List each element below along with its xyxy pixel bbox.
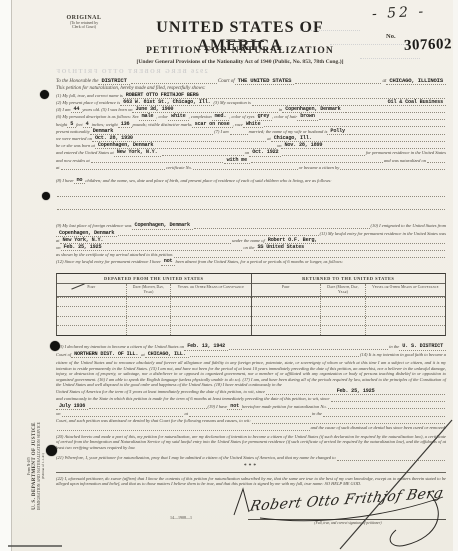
line-children: (8) I have no children; and the name, se…: [56, 176, 446, 183]
prior-on-label: on: [56, 412, 61, 417]
height-label: height: [56, 123, 67, 128]
line-spouse-entry: and entered the United States at New Yor…: [56, 149, 446, 156]
dotted-leader: [345, 112, 445, 113]
children-blank-row: [56, 203, 446, 210]
dotted-leader: [131, 83, 217, 84]
cert-no-label: certificate No.: [166, 166, 192, 171]
table-row: [252, 306, 446, 316]
departed-port-header: Port: [57, 284, 127, 296]
description-label: (6) My personal description is as follow…: [56, 115, 139, 120]
line-full-name: (1) My full, true, and correct name is R…: [56, 91, 446, 98]
line-cured: and the cause of such dismissal or denia…: [56, 424, 446, 431]
foreign-residence-value: Copenhagen, Denmark: [132, 223, 193, 229]
weight-value: 136: [118, 122, 133, 128]
empty-cell: [252, 326, 322, 335]
line-resided-since: United States of America for the term of…: [56, 388, 446, 395]
ink-blot: [40, 90, 49, 99]
emigrated-label: (10) I emigrated to the United States fr…: [371, 224, 446, 229]
dotted-leader: [378, 394, 445, 395]
bleed-artifact: [330, 44, 410, 45]
empty-cell: [366, 326, 445, 335]
ink-blot: [50, 341, 60, 351]
dotted-leader: [326, 148, 445, 149]
good-faith-label: (14) It is my intention in good faith to…: [360, 353, 446, 358]
signature-rule: [248, 519, 446, 520]
empty-cell: [171, 317, 250, 326]
table-row: [57, 297, 251, 307]
petition-intro-line: This petition for naturalization, hereby…: [56, 84, 446, 91]
declaration-city-value: CHICAGO, ILL.: [145, 352, 189, 358]
vessel-value: SS United States: [254, 245, 307, 251]
signature-initial-stroke: [234, 489, 249, 515]
dotted-leader: [194, 228, 370, 229]
dotted-leader: [316, 141, 445, 142]
dotted-blank: [427, 162, 445, 163]
hair-label: , color of hair: [272, 115, 297, 120]
marks-label: pounds; visible distinctive marks: [132, 123, 191, 128]
bleed-artifact: [300, 30, 360, 31]
dotted-leader: [251, 162, 383, 163]
dotted-leader: [57, 196, 445, 197]
petition-title: PETITION FOR NATURALIZATION: [118, 46, 362, 56]
dotted-leader: [331, 401, 445, 402]
dotted-leader: [295, 83, 381, 84]
margin-imprint: Form N-405 U. S. DEPARTMENT OF JUSTICE I…: [27, 408, 45, 524]
scan-bottom-streak: [8, 545, 62, 547]
dotted-blank: [230, 134, 248, 135]
naturalized-on-label: and was naturalized on: [384, 159, 426, 164]
children-count-value: no: [74, 178, 86, 184]
dotted-leader: [321, 243, 445, 244]
cert-at-label: at: [56, 166, 60, 171]
returned-header: RETURNED TO THE UNITED STATES: [252, 274, 446, 284]
resides-label: and now resides at: [56, 159, 90, 164]
lawful-entry-label: (11) My lawful entry for permanent resid…: [320, 232, 446, 237]
weight-label: inches; weight: [92, 123, 118, 128]
line-description-2: height 5 feet 4 inches; weight 136 pound…: [56, 120, 446, 127]
born-label: years old. (5) I was born on: [82, 108, 132, 113]
dotted-leader: [89, 408, 206, 409]
absence-table-titles: DEPARTED FROM THE UNITED STATES Port Dat…: [57, 274, 445, 335]
court-line-label: To the Honorable the: [56, 79, 98, 84]
petition-for-naturalization-document: ORIGINAL (To be retained by Clerk of Cou…: [0, 0, 458, 551]
form-body: To the Honorable the DISTRICT Court of T…: [56, 77, 446, 487]
spouse-born-label: he or she was born at: [56, 144, 95, 149]
empty-cell: [321, 307, 366, 316]
declaration-date-value: Feb. 13, 1942: [184, 344, 228, 350]
ink-blot: [42, 192, 50, 200]
height-feet-value: 5: [67, 122, 76, 128]
sex-value: male: [139, 114, 157, 120]
handwritten-page-number: - 52 -: [372, 4, 427, 23]
dotted-leader: [337, 460, 445, 461]
line-spouse-birth: he or she was born at Copenhagen, Denmar…: [56, 142, 446, 149]
resided-since-value: Feb. 25, 1925: [334, 389, 378, 395]
complexion-value: med.: [212, 114, 230, 120]
spouse-name-label: married; the name of my wife or husband …: [249, 130, 328, 135]
dotted-leader: [62, 416, 184, 417]
returned-columns: Port Date (Month, Day, Year) Vessel or O…: [252, 284, 446, 297]
stars-mark: ***: [56, 463, 446, 469]
departed-vessel-header: Vessel or Other Means of Conveyance: [171, 284, 250, 296]
dotted-leader: [323, 416, 445, 417]
oath-paragraph: (22) I, aforesaid petitioner, do swear (…: [56, 476, 446, 487]
line-spouse-resides: and now resides at with me and was natur…: [56, 156, 446, 163]
departed-half: DEPARTED FROM THE UNITED STATES Port Dat…: [57, 274, 252, 335]
eyes-value: grey: [255, 114, 273, 120]
act-reference-line: [Under General Provisions of the Nationa…: [58, 59, 422, 65]
line-declaration-date: (13) I declared my intention to become a…: [56, 343, 446, 350]
returned-port-header: Port: [252, 284, 322, 296]
line-description-1: (6) My personal description is as follow…: [56, 113, 446, 120]
hair-value: brown: [297, 114, 318, 120]
empty-cell: [366, 317, 445, 326]
foreign-residence-label: (9) My last place of foreign residence w…: [56, 224, 132, 229]
married-on-label: we were married on: [56, 137, 92, 142]
court-of-label2: Court of: [56, 353, 71, 358]
dotted-leader: [282, 155, 364, 156]
arrival-cert-label: as shown by the certificate of my arriva…: [56, 253, 173, 258]
dotted-leader: [349, 134, 445, 135]
petitioner-signature: Robert Otto Frithjof Berg: [249, 485, 445, 515]
table-row: [252, 316, 446, 326]
cured-label: and the cause of such dismissal or denia…: [311, 426, 446, 431]
age-label: (4) I am: [56, 108, 71, 113]
color-label: , color: [156, 115, 168, 120]
children-detail-label: children; and the name, sex, date and pl…: [85, 179, 331, 184]
line-residence-occupation: (2) My present place of residence is 663…: [56, 99, 446, 106]
absence-table: DEPARTED FROM THE UNITED STATES Port Dat…: [56, 273, 446, 336]
original-note-line2: Clerk of Court): [52, 25, 116, 29]
print-code: 14—1908—1: [170, 515, 192, 520]
ink-blot: [46, 445, 57, 456]
prior-petition-value: not: [227, 404, 242, 410]
resides-value: with me: [224, 158, 250, 164]
occupation-label: (3) My occupation is: [214, 101, 251, 106]
spouse-name-value: Polly: [327, 129, 348, 135]
line-absences: (12) Since my lawful entry for permanent…: [56, 258, 446, 265]
table-row: [252, 297, 446, 307]
permanent-residence-label: for permanent residence in the United St…: [366, 151, 446, 156]
line-entry-date-vessel: on Feb. 25, 1925 on the SS United States: [56, 244, 446, 251]
residence-label: (2) My present place of residence is: [56, 101, 120, 106]
in-the-label: in the: [389, 345, 399, 350]
bleed-through-text: 2926 BERG ROBERT OTTO FRITHJOF: [55, 69, 208, 75]
intro-text: This petition for naturalization, hereby…: [56, 86, 205, 91]
dotted-leader: [328, 408, 445, 409]
line-emigrated-from: Copenhagen, Denmark (11) My lawful entry…: [56, 229, 446, 236]
dotted-leader: [174, 257, 445, 258]
resided-since-label: United States of America for the term of…: [56, 390, 265, 395]
name-label: (1) My full, true, and correct name is: [56, 94, 123, 99]
empty-cell: [252, 317, 322, 326]
title-rule: [226, 41, 264, 42]
dotted-leader: [61, 169, 166, 170]
line-dismissed: Court, and such petition was dismissed o…: [56, 417, 446, 424]
line-state-residence: and continuously in the State in which t…: [56, 395, 446, 402]
spouse-birthdate-value: Nov. 28, 1899: [281, 143, 325, 149]
dotted-leader: [308, 250, 445, 251]
color-value: white: [168, 114, 189, 120]
children-blank-row: [56, 190, 446, 197]
marks-value: scar on nose: [192, 122, 233, 128]
absent-label: (12) Since my lawful entry for permanent…: [56, 260, 161, 265]
departed-header: DEPARTED FROM THE UNITED STATES: [57, 274, 251, 284]
empty-cell: [127, 298, 172, 307]
oath-divider: [56, 472, 446, 473]
line-wherefore: (21) Wherefore, I, your petitioner for n…: [56, 453, 446, 460]
eyes-label: , color of eyes: [229, 115, 254, 120]
dotted-leader: [319, 119, 445, 120]
empty-cell: [57, 317, 127, 326]
race-label: , race: [233, 123, 243, 128]
empty-cell: [57, 298, 127, 307]
table-row: [57, 306, 251, 316]
citizen-by-label: or became a citizen by: [299, 166, 340, 171]
dotted-leader: [107, 243, 231, 244]
line-entry-port-name: at New York, N.Y. under the name of Robe…: [56, 236, 446, 243]
declared-intention-label: (13) I declared my intention to become a…: [56, 345, 184, 350]
empty-cell: [127, 326, 172, 335]
nationality-label: present nationality: [56, 130, 90, 135]
number-label: No.: [386, 33, 396, 40]
empty-cell: [321, 326, 366, 335]
line-certificate: at certificate No. or became a citizen b…: [56, 163, 446, 170]
children-label: (8) I have: [56, 179, 74, 184]
entry-date-value: Feb. 25, 1925: [61, 245, 105, 251]
dismissed-label: Court, and such petition was dismissed o…: [56, 419, 251, 424]
line-state-since: July 1936 (19) I have not heretofore mad…: [56, 402, 446, 409]
empty-cell: [321, 298, 366, 307]
attachments-paragraph: (20) Attached hereto and made a part of …: [56, 434, 446, 451]
wherefore-label: (21) Wherefore, I, your petitioner for n…: [56, 456, 336, 461]
dotted-leader: [105, 250, 242, 251]
dotted-leader: [229, 349, 388, 350]
line-marriage: we were married on Oct. 28, 1930 at Chic…: [56, 135, 446, 142]
birth-date-value: June 3d, 1900: [132, 107, 176, 113]
absent-value: not: [161, 259, 176, 265]
prior-at-label: at: [184, 412, 188, 417]
allegiance-paragraph: citizen of the United States and to reno…: [56, 360, 446, 388]
occupation-value: Oil & Coal Business: [385, 100, 446, 106]
returned-vessel-header: Vessel or Other Means of Conveyance: [366, 284, 445, 296]
court-name-value: THE UNITED STATES: [235, 78, 295, 85]
dotted-leader: [162, 155, 244, 156]
line-foreign-residence: (9) My last place of foreign residence w…: [56, 222, 446, 229]
line-declaration-court: Court of NORTHERN DIST. OF ILL. at CHICA…: [56, 350, 446, 357]
departed-columns: Port Date (Month, Day, Year) Vessel or O…: [57, 284, 251, 297]
empty-cell: [57, 326, 127, 335]
empty-cell: [252, 298, 322, 307]
empty-cell: [252, 307, 322, 316]
dotted-leader: [252, 423, 445, 424]
dotted-leader: [57, 209, 445, 210]
declaration-district-value: NORTHERN DIST. OF ILL.: [71, 352, 141, 358]
empty-cell: [321, 317, 366, 326]
line-prior-petition-blanks: on at in the: [56, 409, 446, 416]
dotted-leader: [340, 169, 445, 170]
table-row: [57, 325, 251, 335]
table-row: [57, 316, 251, 326]
prior-petition-label2: heretofore made petition for naturalizat…: [242, 405, 327, 410]
departed-date-header: Date (Month, Day, Year): [127, 284, 172, 296]
dotted-leader: [91, 162, 223, 163]
race-value: White: [243, 122, 264, 128]
original-retain-block: ORIGINAL (To be retained by Clerk of Cou…: [52, 15, 116, 30]
returned-date-header: Date (Month, Day, Year): [321, 284, 366, 296]
state-residence-label: and continuously in the State in which t…: [56, 397, 330, 402]
empty-cell: [57, 307, 127, 316]
dotted-leader: [57, 430, 310, 431]
height-inches-value: 4: [83, 122, 92, 128]
spouse-entry-date-value: Oct. 1922: [249, 150, 281, 156]
court-address-line: To the Honorable the DISTRICT Court of T…: [56, 77, 446, 84]
spouse-entry-port-value: New York, N.Y.: [114, 150, 161, 156]
court-of-label: Court of: [218, 79, 235, 84]
table-row: [252, 325, 446, 335]
petition-number-stamp: 307602: [404, 36, 453, 55]
empty-cell: [127, 307, 172, 316]
emigrated-from-value: Copenhagen, Denmark: [56, 231, 117, 237]
dotted-leader: [189, 416, 311, 417]
absent-detail-label: been absent from the United States, for …: [175, 260, 343, 265]
dotted-leader: [193, 169, 298, 170]
returned-half: RETURNED TO THE UNITED STATES Port Date …: [252, 274, 446, 335]
dotted-leader: [264, 126, 445, 127]
empty-cell: [366, 307, 445, 316]
signature-caption: (Full, true, and correct signature of pe…: [258, 521, 438, 525]
complexion-label: , complexion: [189, 115, 212, 120]
empty-cell: [171, 298, 250, 307]
empty-cell: [171, 326, 250, 335]
line-age-birth: (4) I am 44 years old. (5) I was born on…: [56, 106, 446, 113]
pen-slash-mark: [71, 283, 84, 289]
scan-right-edge: [453, 0, 458, 551]
dotted-leader: [266, 394, 333, 395]
state-since-value: July 1936: [56, 404, 88, 410]
scan-backing-edge: [0, 0, 12, 551]
dotted-leader: [137, 141, 266, 142]
declaration-court-value: U. S. DISTRICT: [399, 344, 446, 350]
edition-note: (Edition of 1-1-41): [41, 408, 45, 524]
dotted-leader: [190, 356, 359, 357]
line-arrival-certificate: as shown by the certificate of my arriva…: [56, 251, 446, 258]
empty-cell: [171, 307, 250, 316]
bleed-artifact: [360, 58, 420, 59]
court-type-value: DISTRICT: [98, 78, 129, 85]
line-nationality-spouse: present nationality Denmark (7) I am mar…: [56, 127, 446, 134]
prior-in-label: in the: [312, 412, 322, 417]
prior-petition-label: (19) I have: [208, 405, 228, 410]
empty-cell: [366, 298, 445, 307]
spouse-entry-label: and entered the United States at: [56, 151, 114, 156]
age-value: 44: [71, 107, 83, 113]
under-name-label: under the name of: [232, 239, 265, 244]
empty-cell: [127, 317, 172, 326]
marital-label: (7) I am: [214, 130, 229, 135]
court-location-value: CHICAGO, ILLINOIS: [386, 78, 446, 85]
on-the-label: on the: [243, 246, 254, 251]
